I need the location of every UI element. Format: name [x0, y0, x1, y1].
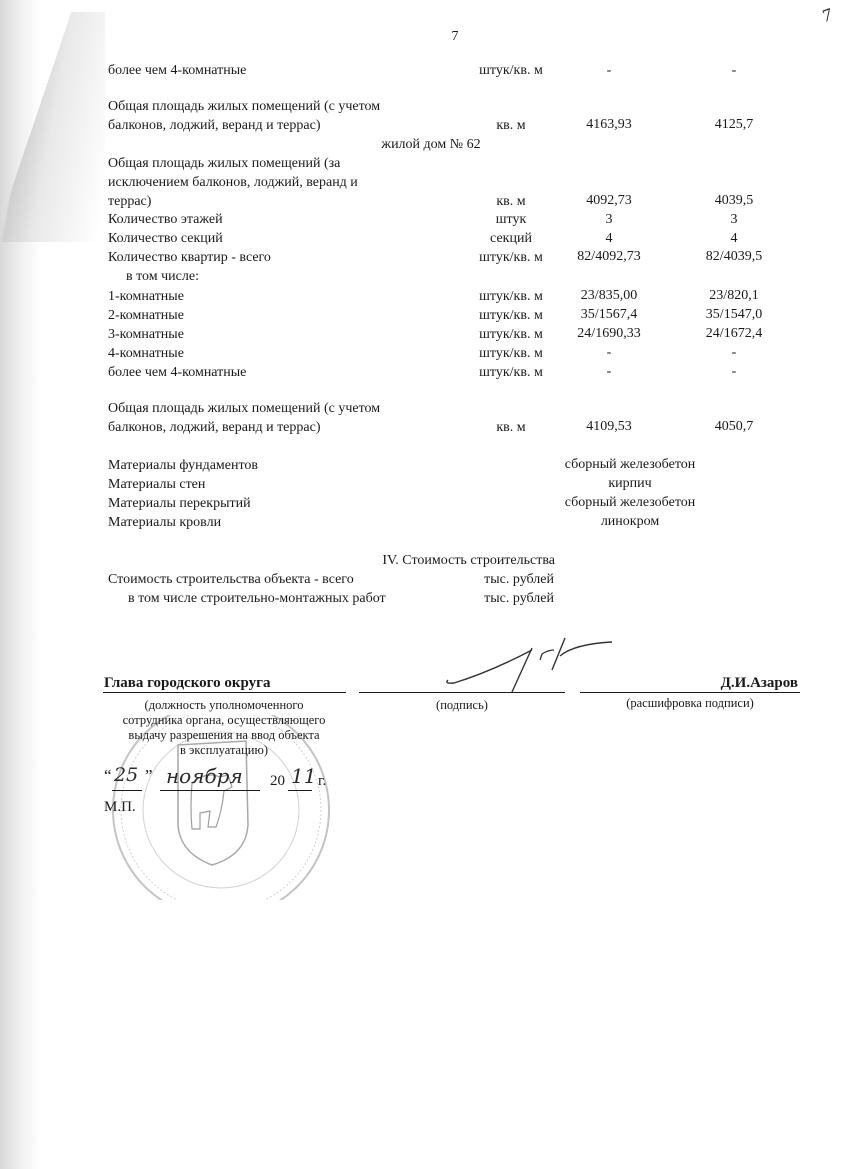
row-label: 2-комнатные [108, 308, 184, 324]
row-planned: 35/1567,4 [581, 307, 637, 323]
row-actual: 4039,5 [715, 193, 754, 209]
material-value: сборный железобетон [565, 495, 696, 511]
signature-caption: (подпись) [436, 698, 488, 713]
row-unit: кв. м [496, 194, 525, 210]
row-actual: 4 [731, 231, 738, 247]
row-label: Общая площадь жилых помещений (с учетом [108, 401, 380, 417]
material-label: Материалы стен [108, 477, 205, 493]
date-open-quote: “ [104, 768, 112, 784]
row-actual: 35/1547,0 [706, 307, 762, 323]
row-label: балконов, лоджий, веранд и террас) [108, 118, 321, 134]
cost-label: в том числе строительно-монтажных работ [128, 591, 386, 607]
cost-unit: тыс. рублей [484, 572, 554, 588]
row-label: более чем 4-комнатные [108, 63, 246, 79]
row-actual: 4050,7 [715, 419, 754, 435]
row-planned: 3 [606, 212, 613, 228]
signer-position: Глава городского округа [104, 675, 270, 691]
row-unit: штук [496, 212, 527, 228]
row-planned: - [607, 63, 612, 79]
name-caption: (расшифровка подписи) [626, 696, 754, 711]
including-label: в том числе: [126, 269, 199, 285]
year-underline [288, 790, 312, 791]
row-planned: 23/835,00 [581, 288, 637, 304]
row-actual: 82/4039,5 [706, 249, 762, 265]
row-label: 1-комнатные [108, 289, 184, 305]
row-label: 3-комнатные [108, 327, 184, 343]
row-actual: - [732, 364, 737, 380]
row-planned: 82/4092,73 [577, 249, 640, 265]
row-label: террас) [108, 194, 151, 210]
month-underline [160, 790, 260, 791]
row-unit: штук/кв. м [479, 346, 543, 362]
stamp-label: М.П. [104, 799, 136, 815]
row-label: Общая площадь жилых помещений (за [108, 156, 340, 172]
row-label: Общая площадь жилых помещений (с учетом [108, 99, 380, 115]
row-actual: 3 [731, 212, 738, 228]
material-value: сборный железобетон [565, 457, 696, 473]
date-century: 20 [270, 773, 285, 789]
row-unit: штук/кв. м [479, 63, 543, 79]
date-close-quote: ” [145, 768, 153, 784]
cost-unit: тыс. рублей [484, 591, 554, 607]
row-unit: кв. м [496, 118, 525, 134]
cost-section-heading: IV. Стоимость строительства [382, 553, 555, 569]
corner-handwritten-mark: 7 [819, 5, 835, 26]
row-unit: штук/кв. м [479, 250, 543, 266]
row-label: более чем 4-комнатные [108, 365, 246, 381]
row-planned: 4163,93 [586, 117, 632, 133]
row-actual: - [732, 63, 737, 79]
row-planned: - [607, 345, 612, 361]
row-unit: штук/кв. м [479, 308, 543, 324]
row-actual: 4125,7 [715, 117, 754, 133]
date-year: 11 [291, 764, 316, 788]
row-unit: штук/кв. м [479, 289, 543, 305]
date-month: ноября [166, 764, 243, 788]
material-label: Материалы перекрытий [108, 496, 251, 512]
row-actual: 23/820,1 [709, 288, 758, 304]
row-label: исключением балконов, лоджий, веранд и [108, 175, 358, 191]
row-unit: штук/кв. м [479, 327, 543, 343]
row-unit: штук/кв. м [479, 365, 543, 381]
row-label: балконов, лоджий, веранд и террас) [108, 420, 321, 436]
page-number: 7 [452, 29, 459, 45]
row-planned: - [607, 364, 612, 380]
material-value: линокром [601, 514, 659, 530]
building-heading: жилой дом № 62 [381, 137, 480, 153]
position-caption-line2: сотрудника органа, осуществляющего [123, 713, 326, 728]
row-planned: 4092,73 [586, 193, 632, 209]
position-caption-line1: (должность уполномоченного [145, 698, 304, 713]
row-planned: 4109,53 [586, 419, 632, 435]
material-value: кирпич [608, 476, 651, 492]
row-label: Количество секций [108, 231, 223, 247]
material-label: Материалы фундаментов [108, 458, 258, 474]
cost-label: Стоимость строительства объекта - всего [108, 572, 354, 588]
material-label: Материалы кровли [108, 515, 221, 531]
row-label: Количество квартир - всего [108, 250, 271, 266]
date-suffix: г. [318, 773, 326, 789]
position-underline [103, 692, 346, 693]
position-caption-line4: в эксплуатацию) [180, 743, 268, 758]
day-underline [112, 790, 142, 791]
row-label: Количество этажей [108, 212, 223, 228]
handwritten-signature-icon [440, 628, 620, 696]
row-actual: - [732, 345, 737, 361]
row-planned: 24/1690,33 [577, 326, 640, 342]
row-unit: кв. м [496, 420, 525, 436]
row-unit: секций [490, 231, 532, 247]
row-actual: 24/1672,4 [706, 326, 762, 342]
date-day: 25 [114, 764, 138, 786]
row-label: 4-комнатные [108, 346, 184, 362]
signer-name: Д.И.Азаров [721, 675, 798, 691]
row-planned: 4 [606, 231, 613, 247]
position-caption-line3: выдачу разрешения на ввод объекта [128, 728, 319, 743]
